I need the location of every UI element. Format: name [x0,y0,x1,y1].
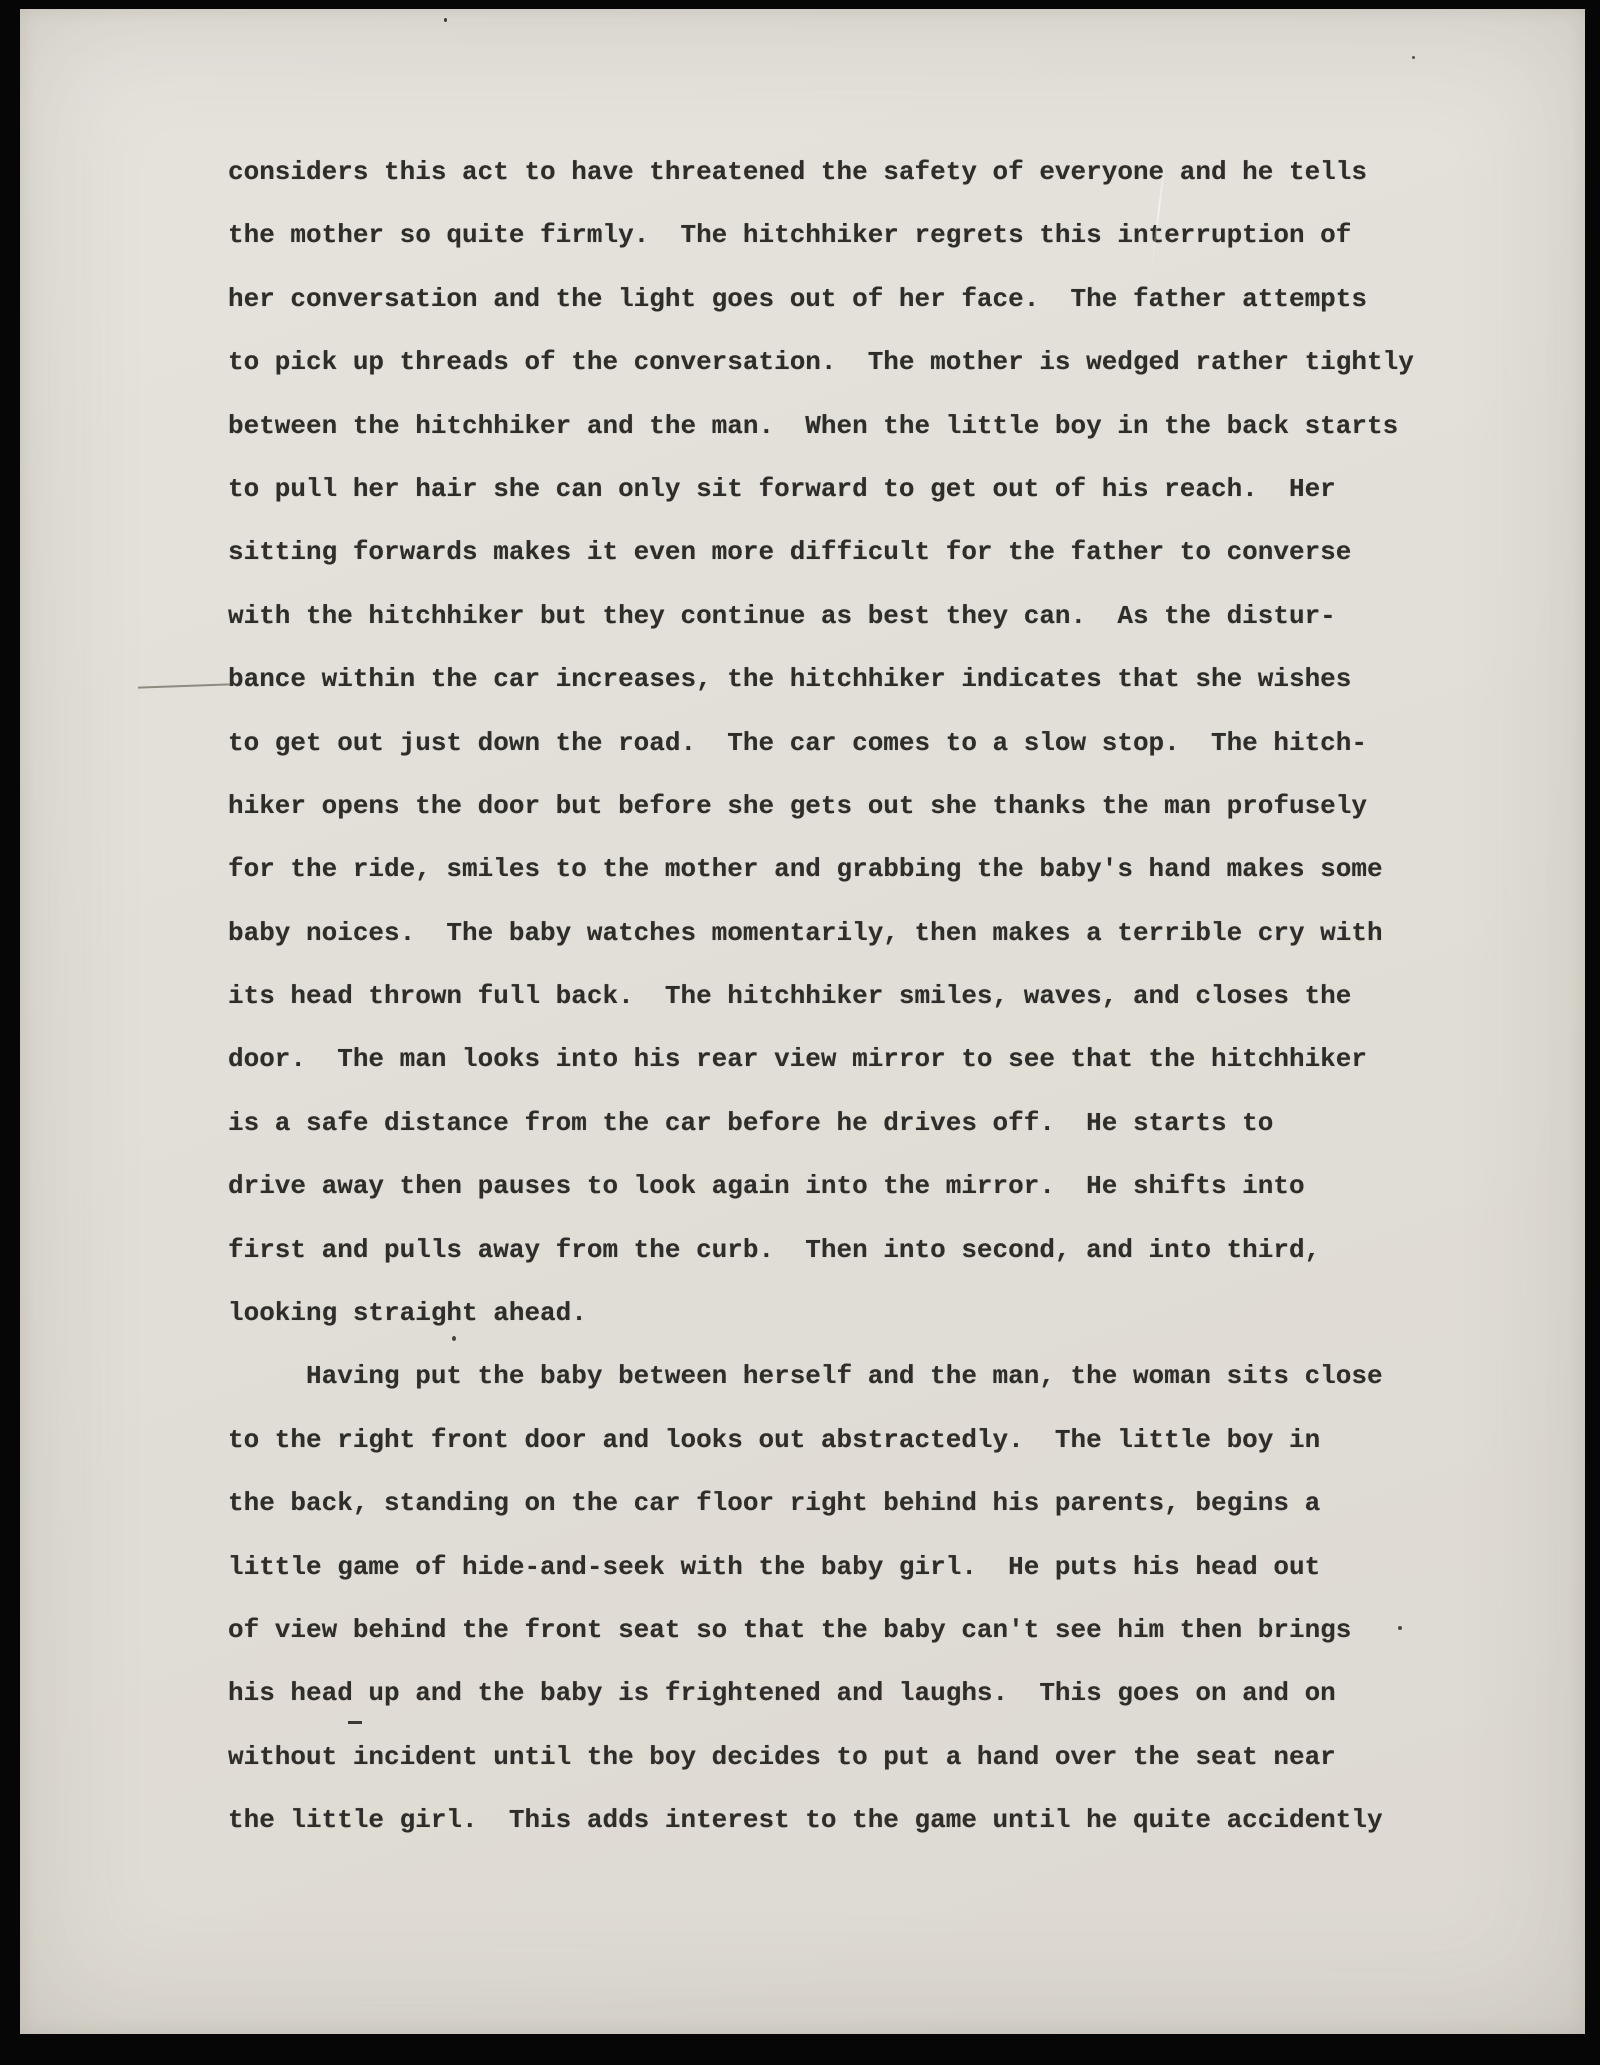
text-line: for the ride, smiles to the mother and g… [228,838,1458,901]
text-line: to get out just down the road. The car c… [228,712,1458,775]
text-line: little game of hide-and-seek with the ba… [228,1536,1458,1599]
text-line: the little girl. This adds interest to t… [228,1789,1458,1852]
text-line: without incident until the boy decides t… [228,1726,1458,1789]
margin-pencil-line [138,683,230,688]
text-line: looking straight ahead. [228,1282,1458,1345]
text-line: sitting forwards makes it even more diff… [228,521,1458,584]
text-line: to pull her hair she can only sit forwar… [228,458,1458,521]
ink-speck [1412,56,1415,59]
text-line: bance within the car increases, the hitc… [228,648,1458,711]
text-line: between the hitchhiker and the man. When… [228,395,1458,458]
text-line: to the right front door and looks out ab… [228,1409,1458,1472]
text-line: her conversation and the light goes out … [228,268,1458,331]
ink-speck [444,18,447,22]
text-line: is a safe distance from the car before h… [228,1092,1458,1155]
text-line: considers this act to have threatened th… [228,141,1458,204]
paper-sheet: considers this act to have threatened th… [20,9,1585,2034]
text-line: baby noices. The baby watches momentaril… [228,902,1458,965]
text-line: drive away then pauses to look again int… [228,1155,1458,1218]
scanned-page: considers this act to have threatened th… [0,0,1600,2065]
text-line: to pick up threads of the conversation. … [228,331,1458,394]
text-line: door. The man looks into his rear view m… [228,1028,1458,1091]
text-line: with the hitchhiker but they continue as… [228,585,1458,648]
text-line: hiker opens the door but before she gets… [228,775,1458,838]
text-line: the mother so quite firmly. The hitchhik… [228,204,1458,267]
text-line: Having put the baby between herself and … [228,1345,1458,1408]
text-line: its head thrown full back. The hitchhike… [228,965,1458,1028]
text-line: first and pulls away from the curb. Then… [228,1219,1458,1282]
text-line: of view behind the front seat so that th… [228,1599,1458,1662]
text-line: his head up and the baby is frightened a… [228,1662,1458,1725]
typewritten-text-block: considers this act to have threatened th… [228,141,1458,1853]
text-line: the back, standing on the car floor righ… [228,1472,1458,1535]
